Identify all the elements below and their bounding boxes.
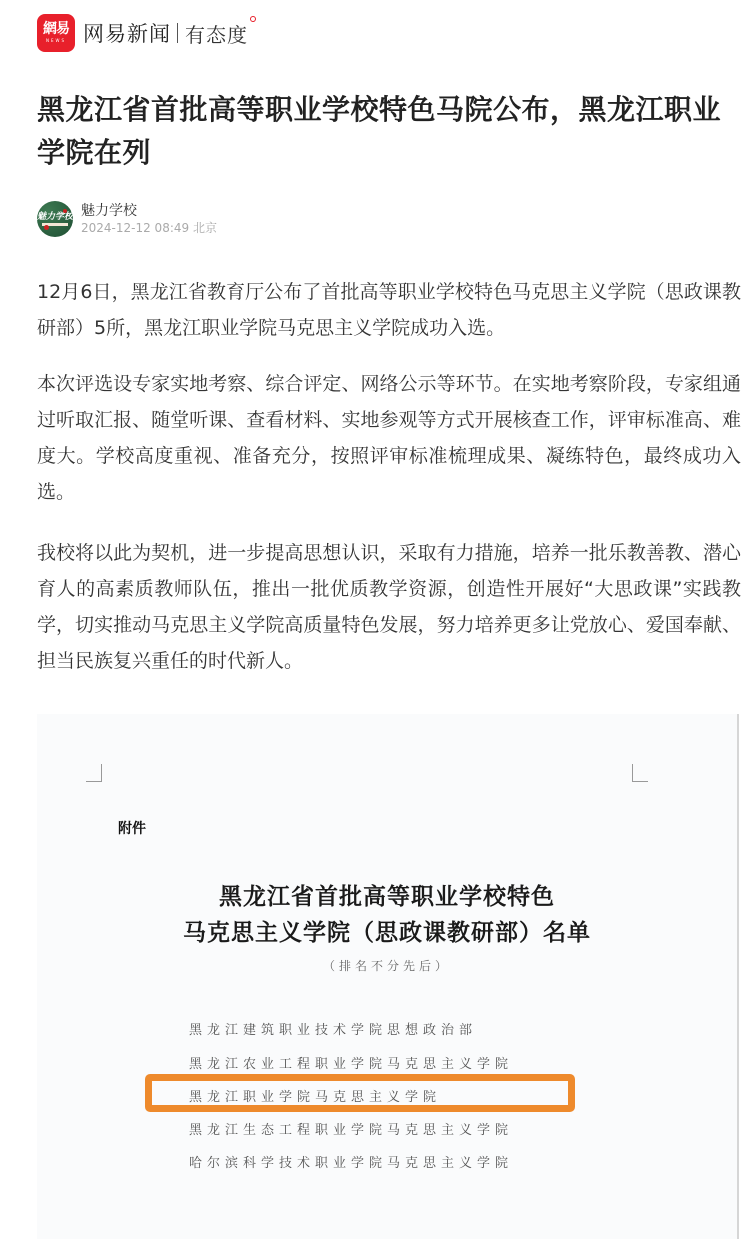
doc-list-item: 黑龙江建筑职业技术学院思想政治部 bbox=[189, 1019, 477, 1038]
site-header: 網易 NEWS 网易新闻 有态度 bbox=[37, 15, 248, 51]
doc-list-item: 哈尔滨科学技术职业学院马克思主义学院 bbox=[189, 1152, 513, 1171]
avatar-decoration bbox=[44, 225, 49, 230]
publish-timestamp: 2024-12-12 08:49 bbox=[81, 221, 189, 235]
brand-name[interactable]: 网易新闻 bbox=[83, 18, 171, 48]
doc-list-item: 黑龙江生态工程职业学院马克思主义学院 bbox=[189, 1119, 513, 1138]
article-title: 黑龙江省首批高等职业学校特色马院公布，黑龙江职业学院在列 bbox=[37, 88, 737, 174]
doc-note: （排名不分先后） bbox=[37, 957, 737, 974]
author-block: 魅力学校 魅力学校 2024-12-12 08:49 北京 bbox=[37, 201, 217, 237]
netease-news-logo-icon[interactable]: 網易 NEWS bbox=[37, 14, 75, 52]
author-avatar[interactable]: 魅力学校 bbox=[37, 201, 73, 237]
article-paragraph: 12月6日，黑龙江省教育厅公布了首批高等职业学校特色马克思主义学院（思政课教研部… bbox=[37, 274, 741, 346]
logo-text: 網易 bbox=[43, 22, 69, 37]
author-name[interactable]: 魅力学校 bbox=[81, 202, 217, 220]
publish-location: 北京 bbox=[193, 221, 217, 235]
logo-sub-text: NEWS bbox=[46, 38, 66, 44]
brand-slogan: 有态度 bbox=[185, 19, 248, 48]
crop-mark-right bbox=[632, 764, 648, 782]
article-image-document-scan[interactable]: 附件 黑龙江省首批高等职业学校特色 马克思主义学院（思政课教研部）名单 （排名不… bbox=[37, 714, 739, 1239]
highlight-box bbox=[145, 1074, 575, 1112]
publish-meta: 2024-12-12 08:49 北京 bbox=[81, 220, 217, 237]
avatar-text: 魅力学校 bbox=[37, 212, 73, 222]
article-paragraph: 本次评选设专家实地考察、综合评定、网络公示等环节。在实地考察阶段，专家组通过听取… bbox=[37, 366, 741, 510]
crop-mark-left bbox=[86, 764, 102, 782]
doc-title-line2: 马克思主义学院（思政课教研部）名单 bbox=[37, 914, 737, 947]
author-info: 魅力学校 2024-12-12 08:49 北京 bbox=[81, 202, 217, 237]
doc-title-line1: 黑龙江省首批高等职业学校特色 bbox=[37, 878, 737, 911]
slogan-text: 有态度 bbox=[185, 23, 248, 47]
doc-list-item: 黑龙江农业工程职业学院马克思主义学院 bbox=[189, 1053, 513, 1072]
brand-divider bbox=[177, 23, 178, 43]
article-paragraph: 我校将以此为契机，进一步提高思想认识，采取有力措施，培养一批乐教善教、潜心育人的… bbox=[37, 535, 741, 679]
registered-dot-icon bbox=[250, 16, 256, 22]
doc-attachment-label: 附件 bbox=[118, 818, 146, 838]
avatar-decoration bbox=[63, 209, 67, 213]
